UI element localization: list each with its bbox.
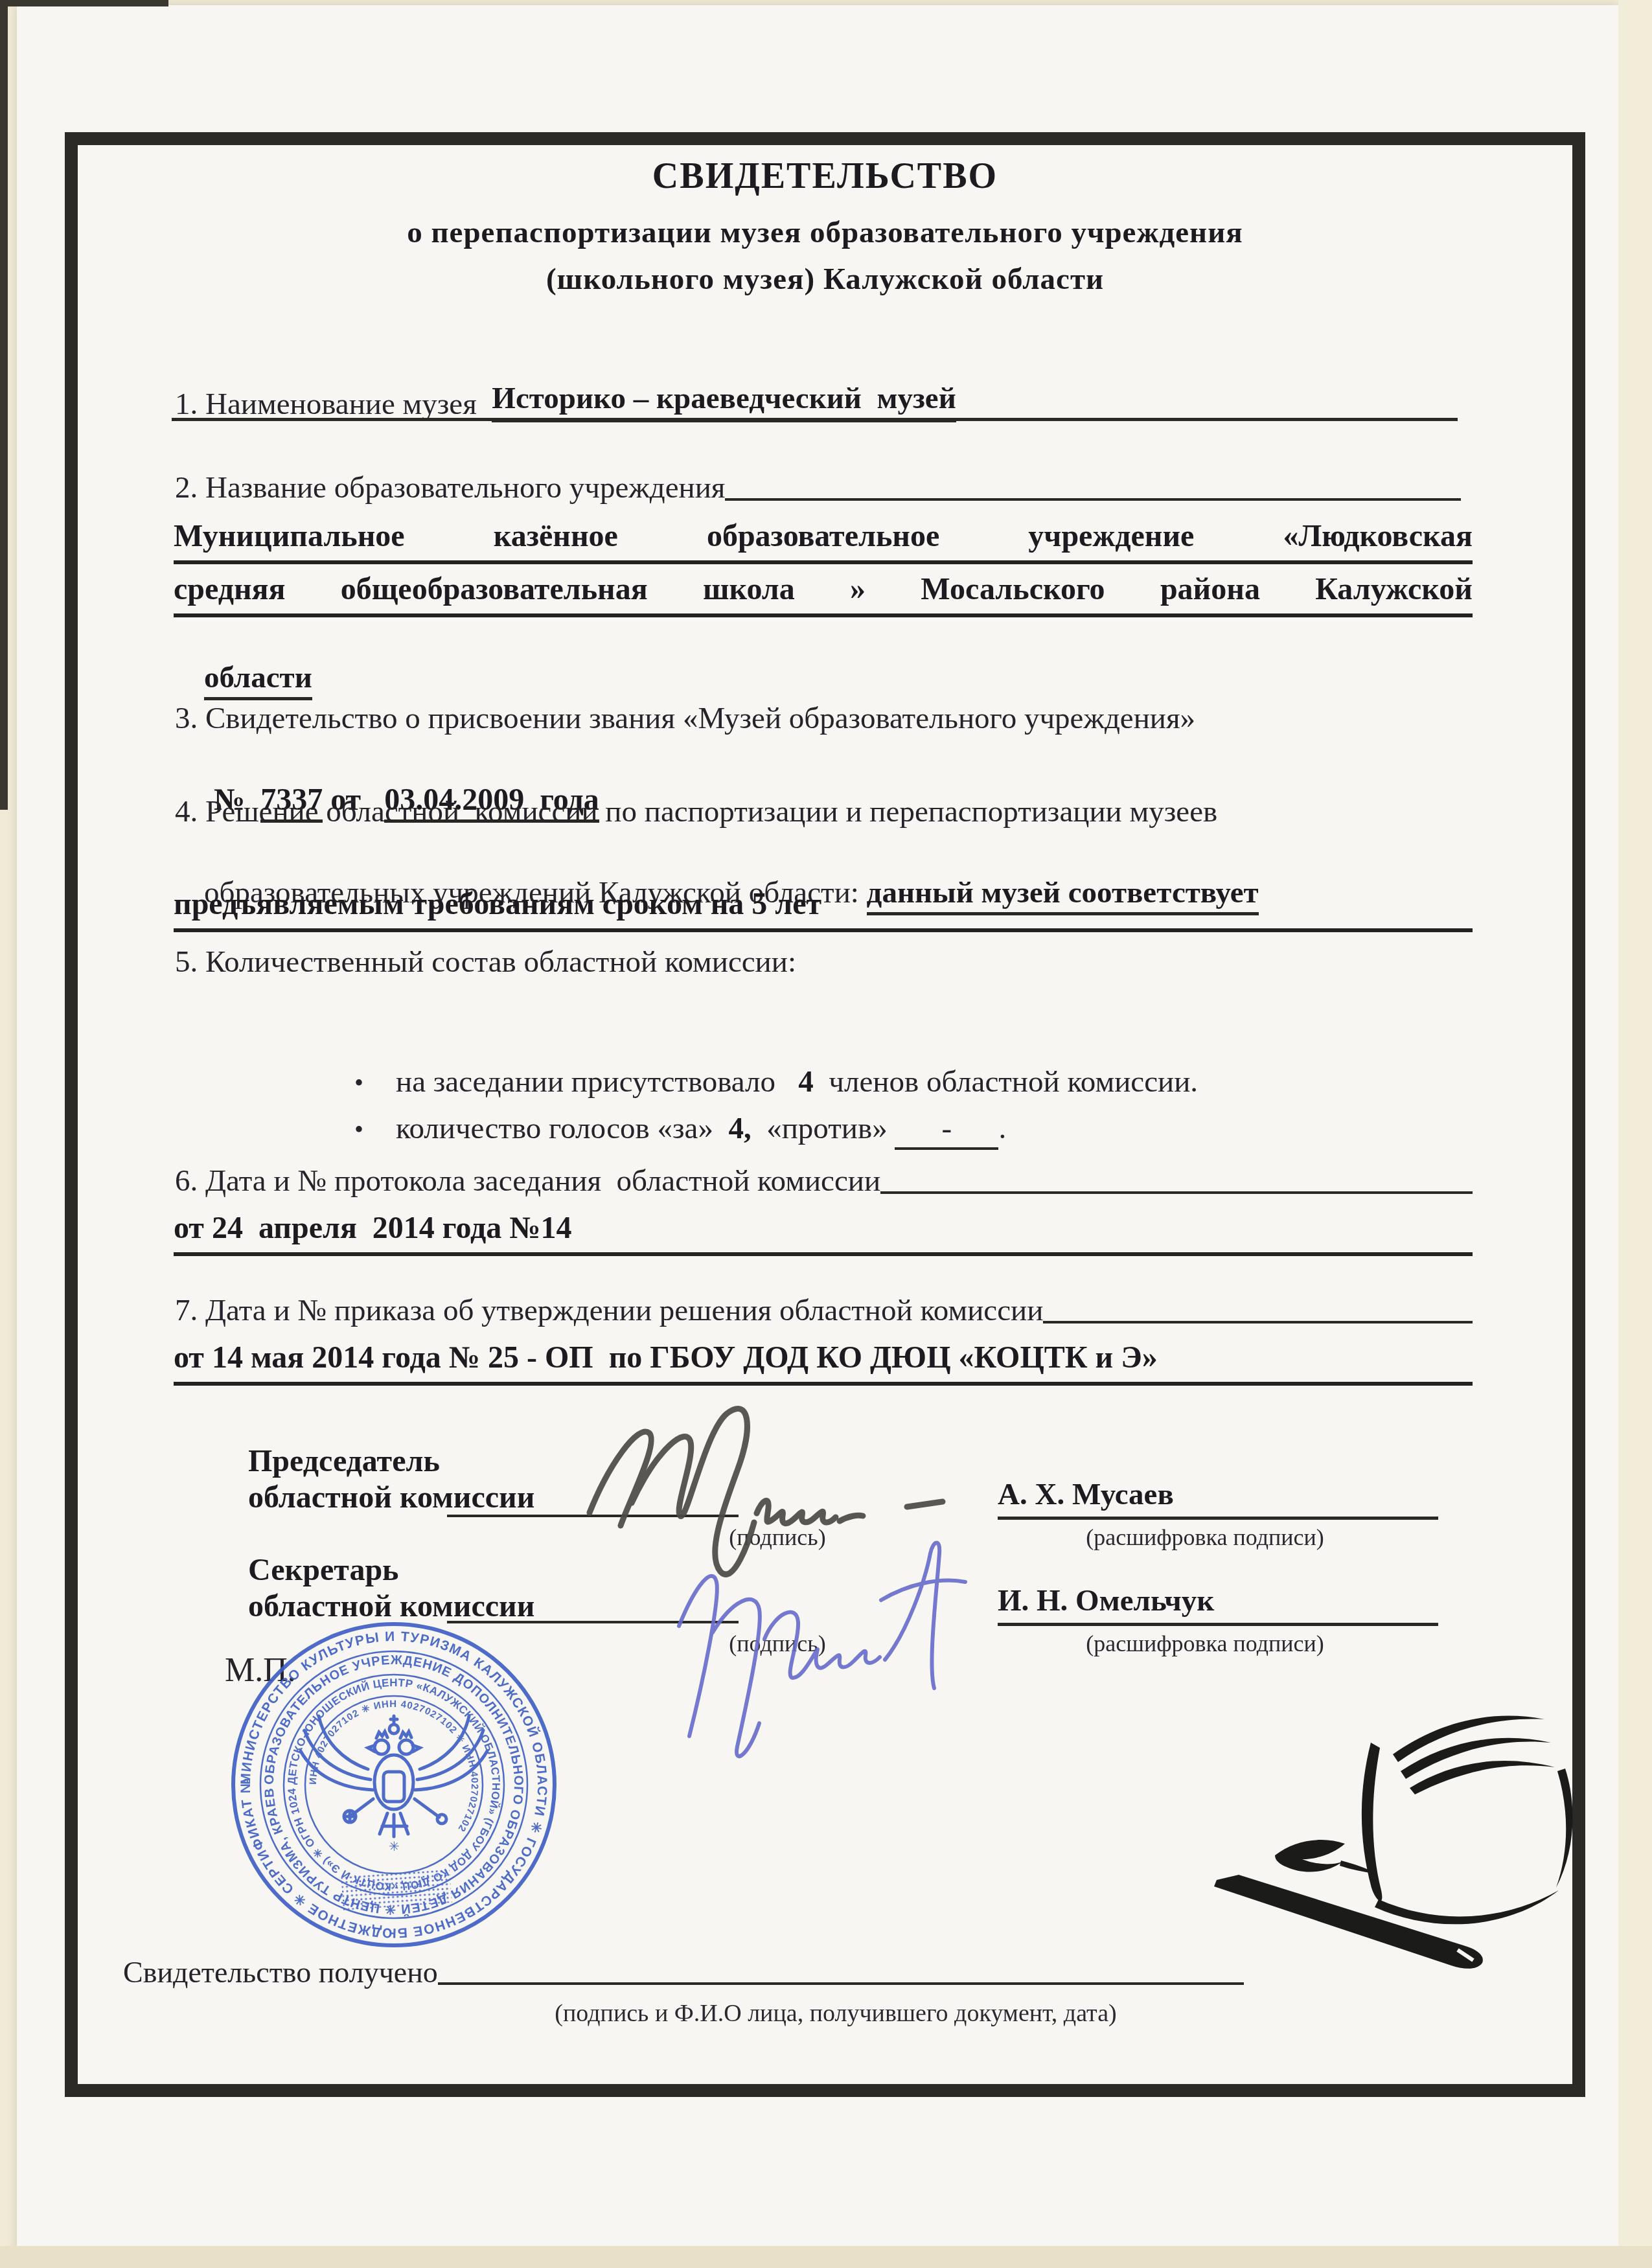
bullet-votes-prefix: количество голосов «за» bbox=[396, 1112, 728, 1145]
blank-line bbox=[438, 1982, 1244, 1985]
certificate-received-line: Свидетельство получено bbox=[123, 1955, 1244, 1990]
protocol-label-line: 6. Дата и № протокола заседания областно… bbox=[175, 1163, 1473, 1199]
secretary-name-line: И. Н. Омельчук bbox=[998, 1583, 1438, 1626]
blank-line bbox=[725, 498, 1461, 501]
votes-against-blank: - bbox=[895, 1111, 998, 1149]
order-value-line: от 14 мая 2014 года № 25 - ОП по ГБОУ ДО… bbox=[174, 1340, 1473, 1386]
field-museum-name: 1. Наименование музея Историко – краевед… bbox=[175, 381, 1458, 422]
certificate-subtitle-2: (школьного музея) Калужской области bbox=[65, 262, 1585, 297]
scan-edge-top-left bbox=[0, 0, 168, 6]
bullet-votes-middle: «против» bbox=[751, 1112, 895, 1145]
certificate-received-caption: (подпись и Ф.И.О лица, получившего докум… bbox=[415, 1999, 1257, 2028]
protocol-value-line: от 24 апреля 2014 года №14 bbox=[174, 1210, 1473, 1256]
official-stamp: МИНИСТЕРСТВО КУЛЬТУРЫ И ТУРИЗМА КАЛУЖСКО… bbox=[228, 1619, 560, 1951]
chairman-name: А. Х. Мусаев bbox=[998, 1477, 1174, 1513]
scan-band-right bbox=[1618, 0, 1652, 2268]
blank-rule-after-item1 bbox=[172, 418, 1458, 421]
chairman-role-line2: областной комиссии bbox=[248, 1480, 534, 1517]
blank-line bbox=[1043, 1321, 1473, 1323]
secretary-name: И. Н. Омельчук bbox=[998, 1583, 1214, 1619]
scanned-certificate-page: СВИДЕТЕЛЬСТВО о перепаспортизации музея … bbox=[0, 0, 1652, 2268]
field-museum-name-value: Историко – краеведческий музей bbox=[492, 381, 956, 422]
scan-band-bottom bbox=[0, 2246, 1652, 2268]
certificate-subtitle-1: о перепаспортизации музея образовательно… bbox=[65, 215, 1585, 250]
protocol-label: 6. Дата и № протокола заседания областно… bbox=[175, 1163, 880, 1199]
scan-edge-left bbox=[0, 0, 8, 810]
votes-for-count: 4, bbox=[728, 1112, 751, 1145]
certificate-title: СВИДЕТЕЛЬСТВО bbox=[65, 155, 1585, 197]
field-institution-label-line: 2. Название образовательного учреждения bbox=[175, 470, 1461, 506]
protocol-value: от 24 апреля 2014 года №14 bbox=[174, 1210, 572, 1247]
secretary-signature-ink bbox=[635, 1522, 998, 1781]
secretary-role-line1: Секретарь bbox=[248, 1552, 398, 1589]
chairman-role-line1: Председатель bbox=[248, 1443, 440, 1480]
certificate-received-label: Свидетельство получено bbox=[123, 1955, 438, 1990]
chairman-name-line: А. Х. Мусаев bbox=[998, 1477, 1438, 1520]
decision-line3: предъявляемым требованиям сроком на 5 ле… bbox=[174, 886, 1473, 932]
order-label: 7. Дата и № приказа об утверждении решен… bbox=[175, 1293, 1043, 1329]
decision-line1: 4. Решение областной комиссии по паспорт… bbox=[175, 794, 1217, 830]
field-institution-value-line3-text: области bbox=[204, 661, 312, 700]
field-institution-label: 2. Название образовательного учреждения bbox=[175, 470, 725, 506]
name-caption-secretary: (расшифровка подписи) bbox=[1037, 1630, 1373, 1657]
commission-size-label: 5. Количественный состав областной комис… bbox=[175, 945, 796, 980]
name-caption-chairman: (расшифровка подписи) bbox=[1037, 1524, 1373, 1551]
field-title-certificate-label: 3. Свидетельство о присвоении звания «Му… bbox=[175, 701, 1195, 737]
stamp-center-star: ✳ bbox=[389, 1840, 400, 1854]
field-institution-value-line2: средняя общеобразовательная школа » Моса… bbox=[174, 571, 1473, 617]
blank-line bbox=[880, 1191, 1473, 1194]
field-institution-value-line1: Муниципальное казённое образовательное у… bbox=[174, 518, 1473, 564]
decision-line3-bold: предъявляемым требованиям сроком на 5 ле… bbox=[174, 886, 821, 923]
order-label-line: 7. Дата и № приказа об утверждении решен… bbox=[175, 1293, 1473, 1329]
bullet-votes-period: . bbox=[998, 1112, 1006, 1145]
order-value: от 14 мая 2014 года № 25 - ОП по ГБОУ ДО… bbox=[174, 1340, 1158, 1377]
bullet-icon: • bbox=[354, 1114, 396, 1145]
